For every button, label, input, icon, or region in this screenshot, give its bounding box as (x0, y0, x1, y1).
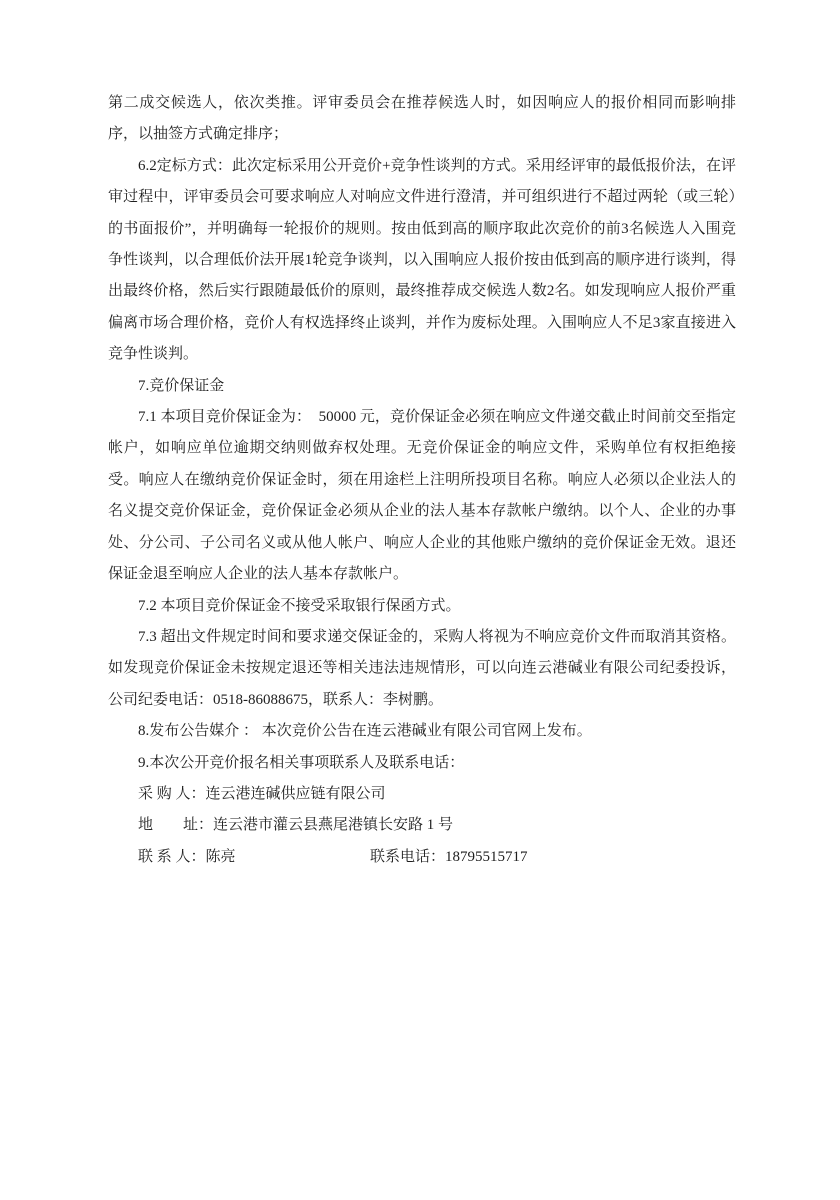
paragraph-6-2-award-method: 6.2定标方式：此次定标采用公开竞价+竞争性谈判的方式。采用经评审的最低报价法，… (108, 151, 736, 371)
contact-person-label: 联 系 人： (138, 849, 206, 865)
buyer-value: 连云港连碱供应链有限公司 (206, 786, 386, 802)
contact-person-value: 陈亮 (206, 849, 236, 865)
address-line: 地 址：连云港市灌云县燕尾港镇长安路 1 号 (108, 810, 736, 841)
document-body: 第二成交候选人，依次类推。评审委员会在推荐候选人时，如因响应人的报价相同而影响排… (108, 88, 736, 873)
section-7-heading: 7.竞价保证金 (108, 371, 736, 402)
contact-phone: 联系电话：18795515717 (370, 842, 528, 873)
contact-phone-label: 联系电话： (370, 849, 445, 865)
paragraph-9-contact-intro: 9.本次公开竞价报名相关事项联系人及联系电话： (108, 748, 736, 779)
buyer-label: 采 购 人： (138, 786, 206, 802)
buyer-line: 采 购 人：连云港连碱供应链有限公司 (108, 779, 736, 810)
paragraph-7-2-no-bank-guarantee: 7.2 本项目竞价保证金不接受采取银行保函方式。 (108, 591, 736, 622)
contact-phone-value: 18795515717 (445, 849, 528, 865)
paragraph-7-1-deposit: 7.1 本项目竞价保证金为： 50000 元，竞价保证金必须在响应文件递交截止时… (108, 402, 736, 590)
address-label: 地 址： (138, 817, 213, 833)
address-value: 连云港市灌云县燕尾港镇长安路 1 号 (213, 817, 453, 833)
contact-person-line: 联 系 人：陈亮联系电话：18795515717 (108, 842, 736, 873)
paragraph-7-3-disqualification: 7.3 超出文件规定时间和要求递交保证金的，采购人将视为不响应竞价文件而取消其资… (108, 622, 736, 716)
document-page: 第二成交候选人，依次类推。评审委员会在推荐候选人时，如因响应人的报价相同而影响排… (0, 0, 840, 1200)
paragraph-8-announcement-media: 8.发布公告媒介 ： 本次竞价公告在连云港碱业有限公司官网上发布。 (108, 716, 736, 747)
paragraph-continuation: 第二成交候选人，依次类推。评审委员会在推荐候选人时，如因响应人的报价相同而影响排… (108, 88, 736, 151)
